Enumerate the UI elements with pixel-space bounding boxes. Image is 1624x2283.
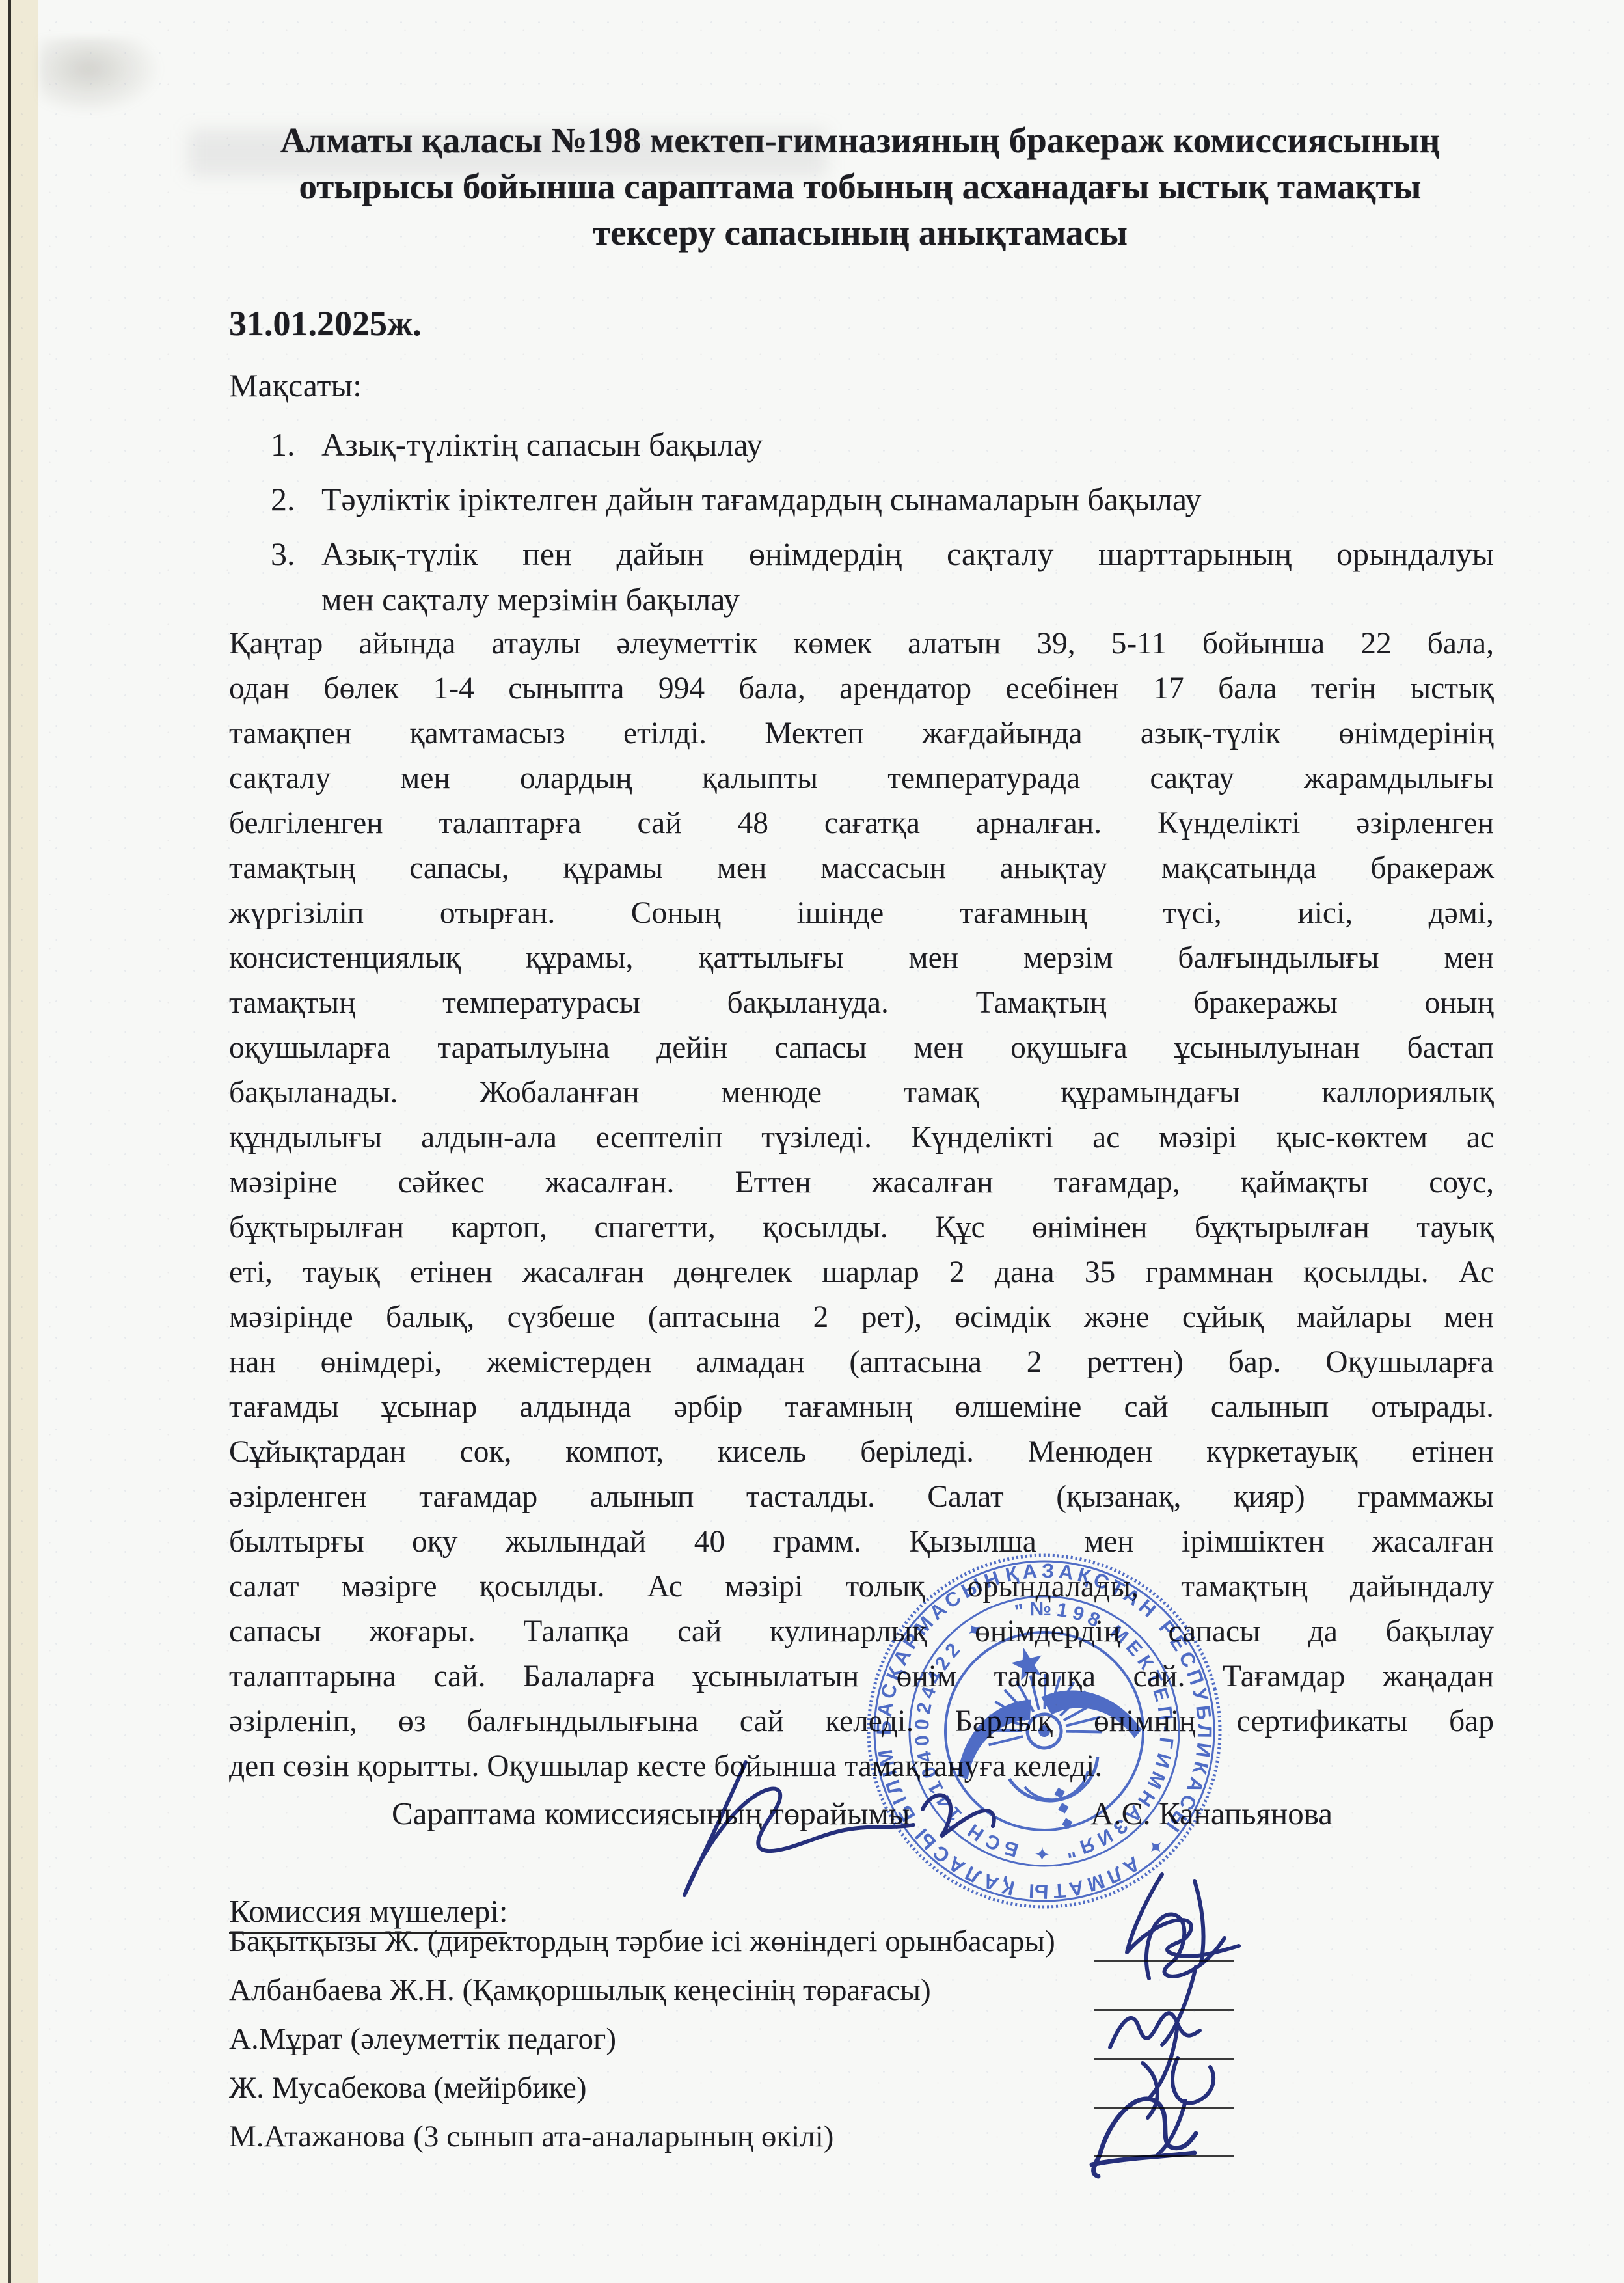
title-line-3: тексеру сапасының анықтамасы [228, 210, 1493, 256]
goal-number: 3. [229, 532, 321, 575]
signature-line [1094, 2009, 1234, 2011]
goal-item-3-continuation: мен сақталу мерзімін бақылау [229, 578, 1494, 621]
body-line: мәзірінде балық, сүзбеше (аптасына 2 рет… [229, 1295, 1494, 1340]
body-line: тағамды ұсынар алдында әрбір тағамның өл… [229, 1385, 1494, 1430]
body-line: оқушыларға таратылуына дейін сапасы мен … [229, 1026, 1494, 1071]
body-line: сапасы жоғары. Талапқа сай кулинарлық өн… [229, 1609, 1494, 1654]
purpose-label: Мақсаты: [229, 366, 362, 404]
goals-list: 1. Азық-түліктің сапасын бақылау 2. Тәул… [229, 423, 1494, 621]
chair-title: Сараптама комиссиясының төрайымы [392, 1795, 910, 1832]
signature-line [1094, 2058, 1234, 2060]
signature-member-3 [1110, 2013, 1200, 2099]
report-body: Қаңтар айында атаулы әлеуметтік көмек ал… [229, 622, 1494, 1789]
title-line-2: отырысы бойынша сараптама тобының асхана… [228, 163, 1493, 210]
body-line: Қаңтар айында атаулы әлеуметтік көмек ал… [229, 622, 1494, 666]
body-line: бұқтырылған картоп, спагетти, қосылды. Қ… [229, 1205, 1494, 1250]
member-row-4: Ж. Мусабекова (мейірбике) [229, 2070, 587, 2112]
scan-smudge [39, 38, 163, 116]
document-date: 31.01.2025ж. [229, 303, 422, 344]
goal-item-1: 1. Азық-түліктің сапасын бақылау [229, 423, 1494, 466]
goal-item-3: 3. Азық-түлік пен дайын өнімдердің сақта… [229, 532, 1494, 575]
member-name: М.Атажанова (3 сынып ата-аналарының өкіл… [229, 2120, 833, 2153]
member-name: Ж. Мусабекова (мейірбике) [229, 2071, 587, 2105]
body-line: мәзіріне сәйкес жасалған. Еттен жасалған… [229, 1160, 1494, 1205]
member-row-1: Бақытқызы Ж. (директордың тәрбие ісі жөн… [229, 1924, 1055, 1965]
member-row-2: Албанбаева Ж.Н. (Қамқоршылық кеңесінің т… [229, 1973, 931, 2014]
signature-line [1094, 2155, 1234, 2157]
document-title: Алматы қаласы №198 мектеп-гимназияның бр… [228, 117, 1493, 256]
chair-name: А.С. Канапьянова [1090, 1795, 1333, 1832]
body-line: былтырғы оқу жылындай 40 грамм. Қызылша … [229, 1520, 1494, 1565]
member-row-3: А.Мұрат (әлеуметтік педагог) [229, 2021, 616, 2063]
body-line: тамақтың температурасы бақылануда. Тамақ… [229, 981, 1494, 1026]
member-name: Бақытқызы Ж. (директордың тәрбие ісі жөн… [229, 1924, 1055, 1958]
body-line: әзірленіп, өз балғындылығына сай келеді.… [229, 1699, 1494, 1744]
body-line: талаптарына сай. Балаларға ұсынылатын өн… [229, 1654, 1494, 1699]
body-line: құндылығы алдын-ала есептеліп түзіледі. … [229, 1115, 1494, 1160]
signature-member-1 [1127, 1874, 1239, 1963]
body-line: тамақпен қамтамасыз етілді. Мектеп жағда… [229, 711, 1494, 756]
scanned-document-page: Алматы қаласы №198 мектеп-гимназияның бр… [0, 0, 1624, 2283]
body-line: жүргізіліп отырған. Соның ішінде тағамны… [229, 891, 1494, 936]
goal-text: Азық-түліктің сапасын бақылау [321, 423, 1494, 466]
signature-line [1094, 2107, 1234, 2109]
signature-member-5 [1092, 2099, 1196, 2176]
body-line: деп сөзін қорытты. Оқушылар кесте бойынш… [229, 1744, 1494, 1789]
body-line: одан бөлек 1-4 сыныпта 994 бала, арендат… [229, 666, 1494, 711]
goal-item-2: 2. Тәуліктік іріктелген дайын тағамдарды… [229, 478, 1494, 521]
scan-edge-line [8, 0, 11, 2283]
scan-edge-strip [0, 0, 38, 2283]
body-line: әзірленген тағамдар алынып тасталды. Сал… [229, 1475, 1494, 1520]
goal-text: Тәуліктік іріктелген дайын тағамдардың с… [321, 478, 1494, 521]
member-name: А.Мұрат (әлеуметтік педагог) [229, 2022, 616, 2056]
body-line: сақталу мен олардың қалыпты температурад… [229, 756, 1494, 801]
body-line: белгіленген талаптарға сай 48 сағатқа ар… [229, 801, 1494, 846]
body-line: консистенциялық құрамы, қаттылығы мен ме… [229, 936, 1494, 981]
body-line: тамақтың сапасы, құрамы мен массасын аны… [229, 846, 1494, 891]
title-line-1: Алматы қаласы №198 мектеп-гимназияның бр… [228, 117, 1493, 163]
signature-line [1094, 1960, 1234, 1962]
signature-member-4 [1143, 2058, 1213, 2154]
signature-member-2 [1146, 1915, 1225, 2045]
body-line: еті, тауық етінен жасалған дөңгелек шарл… [229, 1250, 1494, 1295]
body-line: бақыланады. Жобаланған менюде тамақ құра… [229, 1071, 1494, 1115]
body-line: салат мәзірге қосылды. Ас мәзірі толық о… [229, 1565, 1494, 1609]
body-line: нан өнімдері, жемістерден алмадан (аптас… [229, 1340, 1494, 1385]
body-line: Сұйықтардан сок, компот, кисель беріледі… [229, 1430, 1494, 1475]
goal-number: 1. [229, 423, 321, 466]
member-row-5: М.Атажанова (3 сынып ата-аналарының өкіл… [229, 2119, 833, 2161]
goal-number: 2. [229, 478, 321, 521]
member-name: Албанбаева Ж.Н. (Қамқоршылық кеңесінің т… [229, 1973, 931, 2007]
goal-text: Азық-түлік пен дайын өнімдердің сақталу … [321, 532, 1494, 575]
